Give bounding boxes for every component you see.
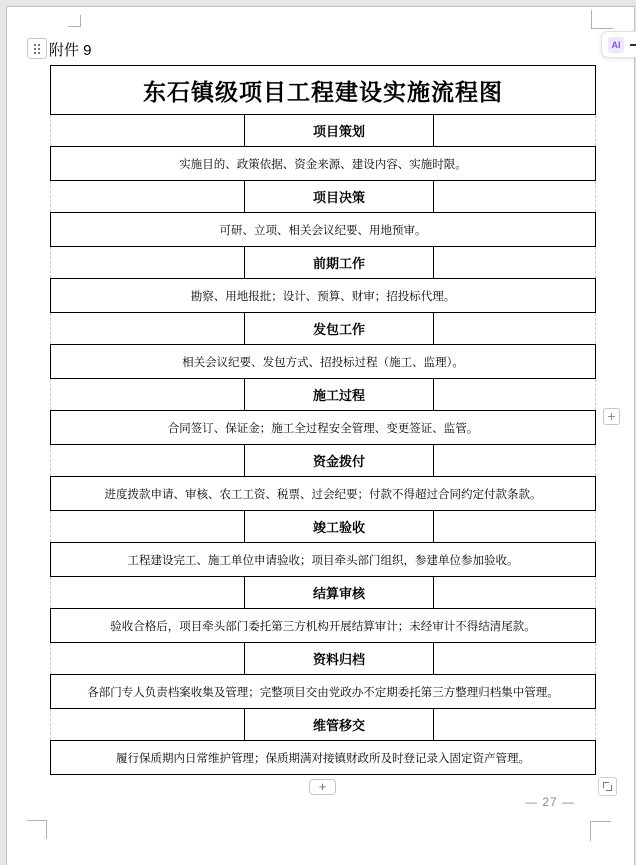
block-drag-handle[interactable] (27, 38, 47, 59)
step-content-row: 实施目的、政策依据、资金来源、建设内容、实施时限。 (50, 146, 596, 181)
step-header-cell: 维管移交 (244, 709, 434, 740)
step-header-row: 维管移交 (50, 709, 596, 740)
minimize-icon[interactable] (630, 44, 636, 46)
step-header-cell: 资料归档 (244, 643, 434, 674)
step-header-row: 竣工验收 (50, 511, 596, 542)
step-content-row: 各部门专人负责档案收集及管理；完整项目交由党政办不定期委托第三方整理归档集中管理… (50, 674, 596, 709)
page-number: — 27 — (505, 795, 595, 809)
step-content-row: 验收合格后，项目牵头部门委托第三方机构开展结算审计；未经审计不得结清尾款。 (50, 608, 596, 643)
ai-toolbar[interactable]: AI (601, 31, 636, 58)
flowchart-title: 东石镇级项目工程建设实施流程图 (50, 65, 596, 115)
step-content-row: 合同签订、保证金；施工全过程安全管理、变更签证、监管。 (50, 410, 596, 445)
step-header-row: 项目策划 (50, 115, 596, 146)
step-header-row: 前期工作 (50, 247, 596, 278)
add-block-button[interactable]: + (309, 779, 336, 795)
step-content-row: 可研、立项、相关会议纪要、用地预审。 (50, 212, 596, 247)
editor-canvas: 附件 9 AI 东石镇级项目工程建设实施流程图 项目策划 实施目的、政策依据、资… (0, 0, 636, 865)
step-header-cell: 项目决策 (244, 181, 434, 212)
step-header-row: 结算审核 (50, 577, 596, 608)
margin-corner-mark (68, 15, 81, 27)
step-header-cell: 项目策划 (244, 115, 434, 146)
margin-corner-mark (27, 820, 47, 839)
step-header-cell: 资金拨付 (244, 445, 434, 476)
fit-screen-button[interactable] (598, 777, 617, 796)
step-content-row: 工程建设完工、施工单位申请验收；项目牵头部门组织，参建单位参加验收。 (50, 542, 596, 577)
step-header-row: 资料归档 (50, 643, 596, 674)
step-header-cell: 施工过程 (244, 379, 434, 410)
ai-assistant-icon[interactable]: AI (608, 37, 624, 53)
add-comment-button[interactable]: + (603, 408, 620, 425)
margin-corner-mark (590, 821, 611, 841)
step-content-row: 履行保质期内日常维护管理；保质期满对接镇财政所及时登记录入固定资产管理。 (50, 740, 596, 775)
attachment-label: 附件 9 (49, 39, 92, 60)
step-content-row: 进度拨款申请、审核、农工工资、税票、过会纪要；付款不得超过合同约定付款条款。 (50, 476, 596, 511)
step-header-row: 施工过程 (50, 379, 596, 410)
step-header-cell: 发包工作 (244, 313, 434, 344)
drag-dots-icon (34, 44, 40, 54)
flowchart-table: 东石镇级项目工程建设实施流程图 项目策划 实施目的、政策依据、资金来源、建设内容… (50, 65, 596, 775)
step-header-cell: 竣工验收 (244, 511, 434, 542)
step-header-row: 项目决策 (50, 181, 596, 212)
step-content-row: 相关会议纪要、发包方式、招投标过程（施工、监理）。 (50, 344, 596, 379)
fit-screen-icon (606, 785, 612, 791)
step-header-cell: 结算审核 (244, 577, 434, 608)
margin-corner-mark (591, 10, 613, 29)
step-content-row: 勘察、用地报批；设计、预算、财审；招投标代理。 (50, 278, 596, 313)
step-header-cell: 前期工作 (244, 247, 434, 278)
step-header-row: 发包工作 (50, 313, 596, 344)
step-header-row: 资金拨付 (50, 445, 596, 476)
